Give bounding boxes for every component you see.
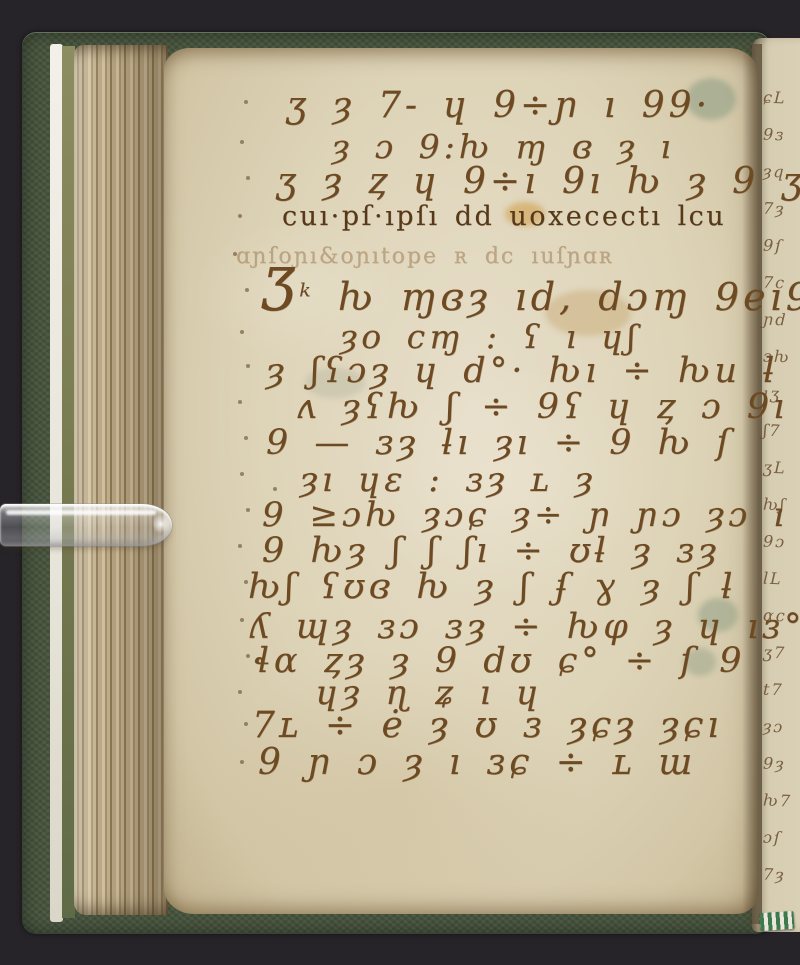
specular-highlight <box>6 510 156 515</box>
green-stain <box>686 78 736 120</box>
acrylic-page-weight <box>0 504 172 546</box>
endband <box>759 911 794 931</box>
smudge-stain <box>305 368 365 398</box>
weight-tip-glare <box>153 513 169 535</box>
page-edges-stack <box>74 45 168 915</box>
manuscript-photo: ʒ ȝ 7- ɥ 9÷ɲ ı 99·ȝ ɔ 9:ƕ ɱ ɞ ȝ ıʒ ȝ ȥ ɥ… <box>0 0 800 965</box>
green-stain <box>698 598 738 632</box>
green-stain <box>684 648 716 676</box>
manuscript-page <box>164 48 758 914</box>
parchment-stain <box>545 290 631 336</box>
gutter-shadow <box>742 44 762 924</box>
ink-stain <box>505 202 545 226</box>
